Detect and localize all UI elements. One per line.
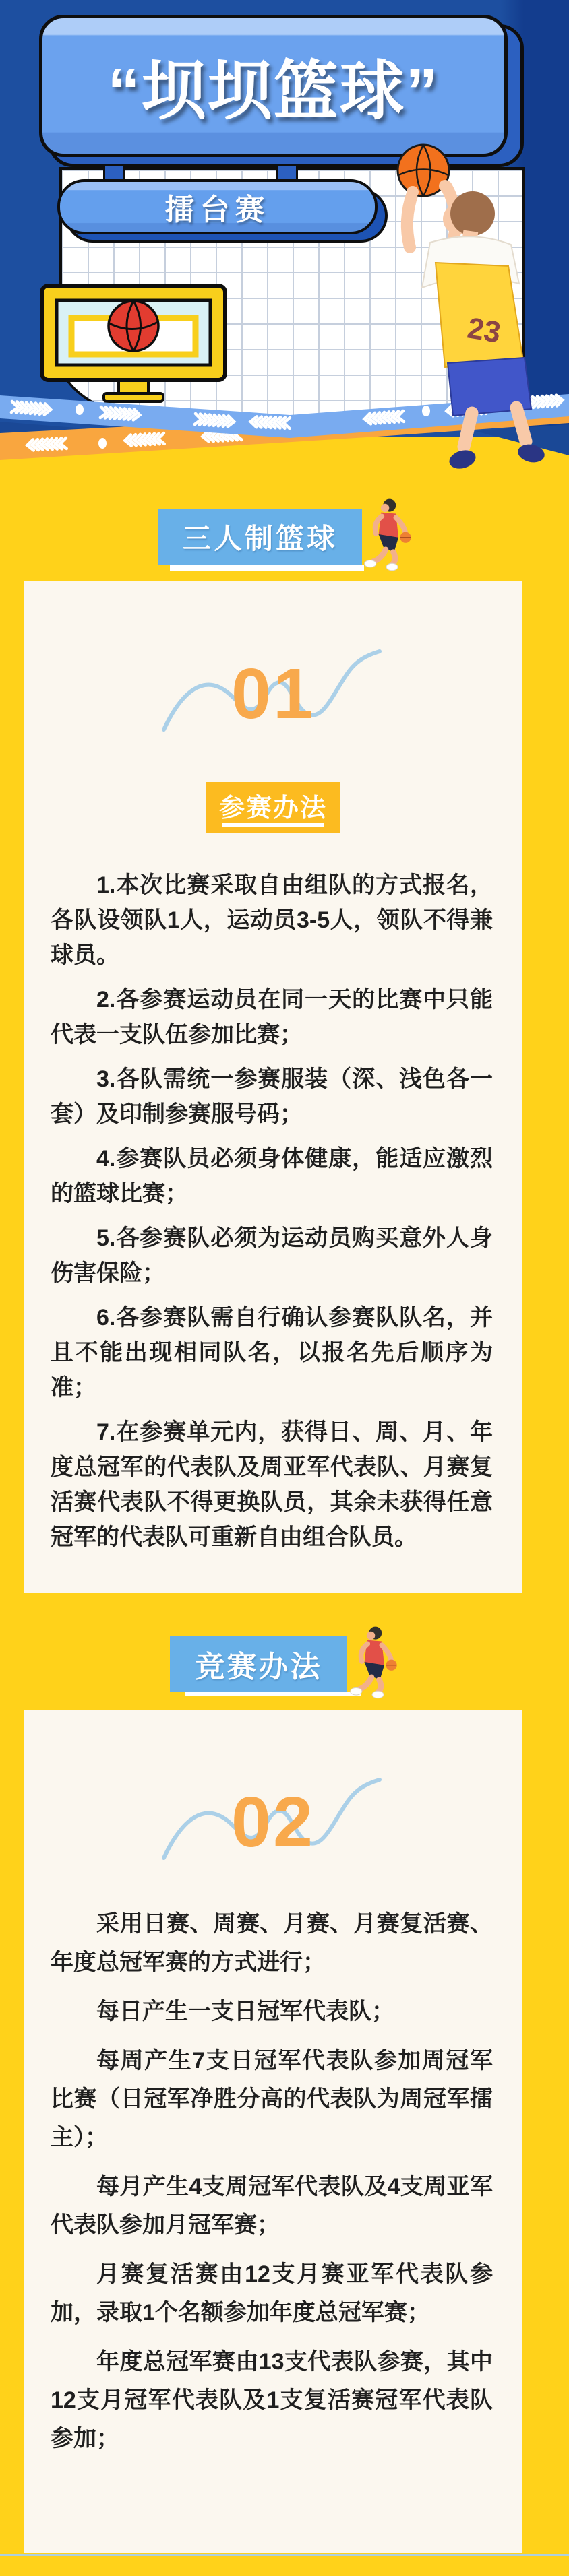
rule-paragraph: 月赛复活赛由12支月赛亚军代表队参加，录取1个名额参加年度总冠军赛； — [51, 2255, 493, 2332]
title-card: “坝坝篮球” — [39, 15, 508, 157]
competition-rules-text: 采用日赛、周赛、月赛、月赛复活赛、年度总冠军赛的方式进行； 每日产生一支日冠军代… — [51, 1905, 493, 2469]
rule-paragraph: 每月产生4支周冠军代表队及4支周亚军代表队参加月冠军赛； — [51, 2168, 493, 2245]
rule-paragraph: 年度总冠军赛由13支代表队参赛，其中12支月冠军代表队及1支复活赛冠军代表队参加… — [51, 2343, 493, 2458]
rule-paragraph: 每日产生一支日冠军代表队； — [51, 1993, 493, 2031]
badge-competition-label: 竞赛办法 — [196, 1642, 322, 1685]
entry-rules-text: 1.本次比赛采取自由组队的方式报名，各队设领队1人，运动员3-5人，领队不得兼球… — [51, 868, 493, 1564]
rule-paragraph-lead: 采用日赛、周赛、月赛、月赛复活赛、年度总冠军赛的方式进行； — [51, 1905, 493, 1982]
card-competition-rules: 02 采用日赛、周赛、月赛、月赛复活赛、年度总冠军赛的方式进行； 每日产生一支日… — [24, 1710, 522, 2553]
section-number: 02 — [152, 1772, 394, 1873]
badge-competition: 竞赛办法 — [170, 1636, 347, 1692]
rule-paragraph: 4.参赛队员必须身体健康，能适应激烈的篮球比赛； — [51, 1141, 493, 1211]
rule-paragraph: 每周产生7支日冠军代表队参加周冠军比赛（日冠军净胜分高的代表队为周冠军擂主）； — [51, 2042, 493, 2157]
badge-entry-method: 参赛办法 — [206, 782, 340, 833]
rule-paragraph: 3.各队需统一参赛服装（深、浅色各一套）及印制参赛服号码； — [51, 1062, 493, 1132]
dribbling-player-icon — [359, 496, 413, 571]
badge-three-person: 三人制篮球 — [158, 509, 362, 565]
rule-paragraph: 7.在参赛单元内，获得日、周、月、年度总冠军的代表队及周亚军代表队、月赛复活赛代… — [51, 1415, 493, 1555]
bottom-divider — [0, 2554, 569, 2556]
badge-three-person-label: 三人制篮球 — [183, 517, 338, 557]
section-number-block: 02 — [152, 1772, 394, 1873]
card-entry-rules: 01 参赛办法 1.本次比赛采取自由组队的方式报名，各队设领队1人，运动员3-5… — [24, 581, 522, 1593]
rule-paragraph: 6.各参赛队需自行确认参赛队队名，并且不能出现相同队名，以报名先后顺序为准； — [51, 1300, 493, 1405]
badge-underline — [185, 1692, 361, 1696]
rule-paragraph: 2.各参赛运动员在同一天的比赛中只能代表一支队伍参加比赛； — [51, 982, 493, 1052]
basketball-poster: “坝坝篮球” 擂台赛 — [0, 0, 569, 2576]
dribbling-player-icon — [345, 1623, 399, 1699]
badge-underline — [222, 823, 324, 827]
section-number-block: 01 — [152, 643, 394, 744]
section-number: 01 — [152, 643, 394, 744]
badge-underline — [170, 565, 364, 571]
page-title: “坝坝篮球” — [108, 40, 440, 132]
header: “坝坝篮球” 擂台赛 — [0, 0, 569, 437]
jersey-number: 23 — [465, 311, 503, 349]
shooting-player-illustration: 23 — [378, 138, 569, 478]
badge-entry-method-label: 参赛办法 — [219, 787, 327, 824]
rule-paragraph: 1.本次比赛采取自由组队的方式报名，各队设领队1人，运动员3-5人，领队不得兼球… — [51, 868, 493, 973]
arena-button-label: 擂台赛 — [165, 185, 270, 228]
rule-paragraph: 5.各参赛队必须为运动员购买意外人身伤害保险； — [51, 1221, 493, 1291]
arena-button: 擂台赛 — [57, 179, 378, 234]
